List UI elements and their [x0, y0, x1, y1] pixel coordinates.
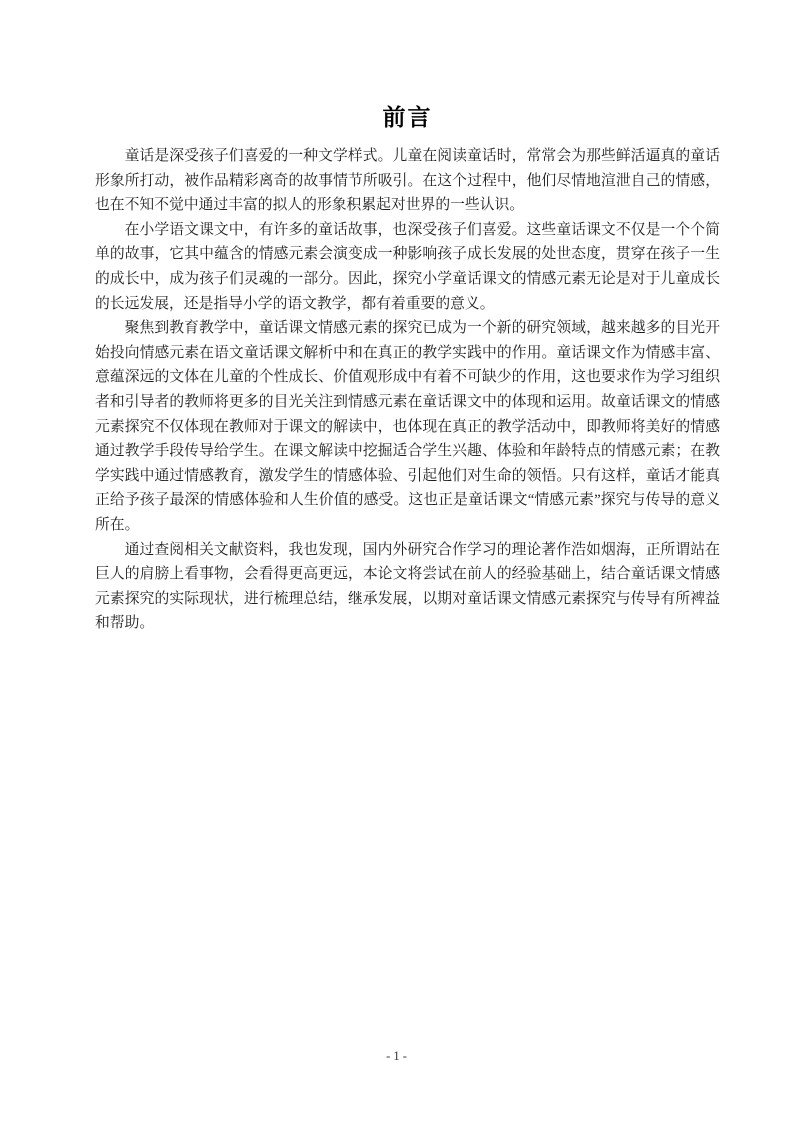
paragraph-primary-school-texts: 在小学语文课文中，有许多的童话故事，也深受孩子们喜爱。这些童话课文不仅是一个个简…	[95, 218, 720, 316]
page-title: 前言	[95, 102, 720, 132]
document-page: 前言 童话是深受孩子们喜爱的一种文学样式。儿童在阅读童话时，常常会为那些鲜活逼真…	[0, 0, 793, 1122]
document-body: 童话是深受孩子们喜爱的一种文学样式。儿童在阅读童话时，常常会为那些鲜活逼真的童话…	[95, 144, 720, 636]
page-number: - 1 -	[386, 1049, 407, 1063]
paragraph-literature-review: 通过查阅相关文献资料，我也发现，国内外研究合作学习的理论著作浩如烟海，正所谓站在…	[95, 538, 720, 636]
paragraph-research-focus: 聚焦到教育教学中，童话课文情感元素的探究已成为一个新的研究领域，越来越多的目光开…	[95, 316, 720, 537]
paragraph-intro-fairy-tales: 童话是深受孩子们喜爱的一种文学样式。儿童在阅读童话时，常常会为那些鲜活逼真的童话…	[95, 144, 720, 218]
page-footer: - 1 -	[0, 1049, 793, 1064]
